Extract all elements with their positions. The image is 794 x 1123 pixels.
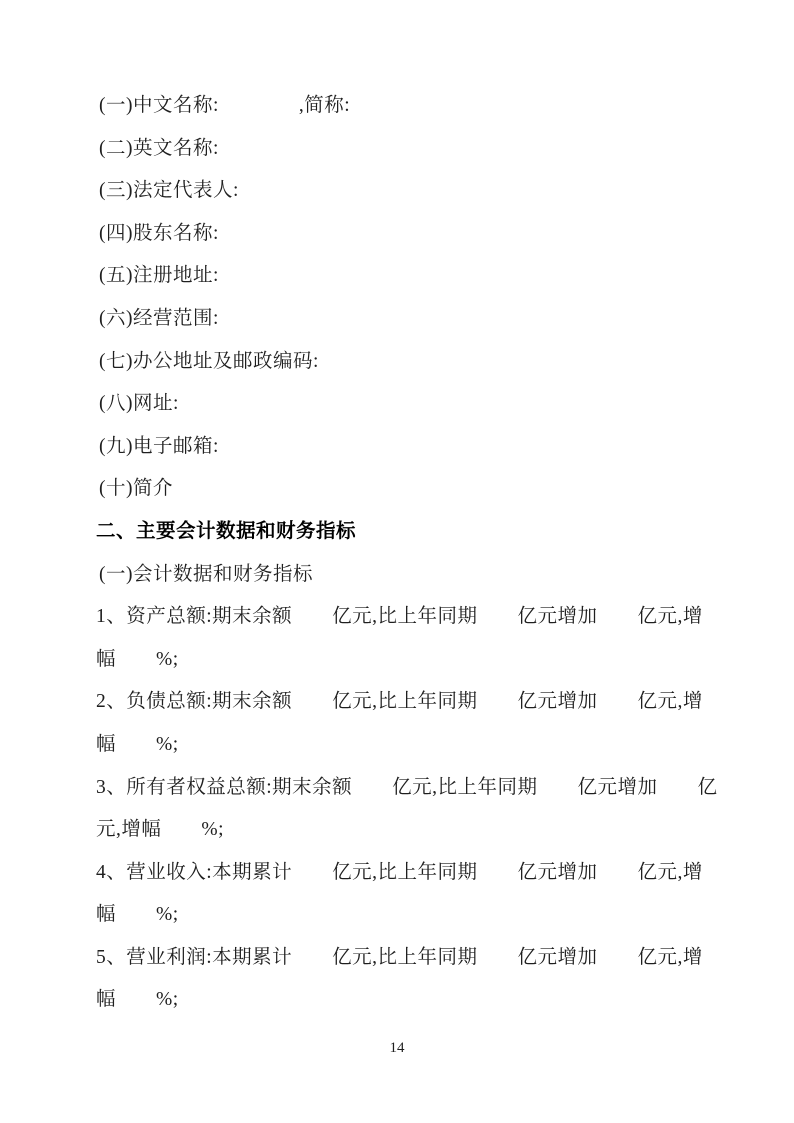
- financial-item-2: 2、负债总额:期末余额 亿元,比上年同期 亿元增加 亿元,增 幅 %;: [96, 681, 736, 766]
- subsection-heading: (一)会计数据和财务指标: [96, 554, 736, 597]
- basic-info-item-7: (七)办公地址及邮政编码:: [96, 341, 736, 384]
- basic-info-item-8: (八)网址:: [96, 383, 736, 426]
- paragraph-line: 幅 %;: [96, 639, 736, 682]
- paragraph-line: 幅 %;: [96, 724, 736, 767]
- section-heading: 二、主要会计数据和财务指标: [96, 511, 736, 554]
- paragraph-line: 幅 %;: [96, 979, 736, 1022]
- page-number: 14: [0, 1036, 794, 1060]
- paragraph-line: 1、资产总额:期末余额 亿元,比上年同期 亿元增加 亿元,增: [96, 596, 736, 639]
- basic-info-item-4: (四)股东名称:: [96, 213, 736, 256]
- financial-item-3: 3、所有者权益总额:期末余额 亿元,比上年同期 亿元增加 亿 元,增幅 %;: [96, 767, 736, 852]
- basic-info-item-10: (十)简介: [96, 468, 736, 511]
- basic-info-item-3: (三)法定代表人:: [96, 170, 736, 213]
- paragraph-line: 4、营业收入:本期累计 亿元,比上年同期 亿元增加 亿元,增: [96, 852, 736, 895]
- financial-item-5: 5、营业利润:本期累计 亿元,比上年同期 亿元增加 亿元,增 幅 %;: [96, 937, 736, 1022]
- paragraph-line: 5、营业利润:本期累计 亿元,比上年同期 亿元增加 亿元,增: [96, 937, 736, 980]
- financial-item-4: 4、营业收入:本期累计 亿元,比上年同期 亿元增加 亿元,增 幅 %;: [96, 852, 736, 937]
- basic-info-item-9: (九)电子邮箱:: [96, 426, 736, 469]
- paragraph-line: 3、所有者权益总额:期末余额 亿元,比上年同期 亿元增加 亿: [96, 767, 736, 810]
- basic-info-item-2: (二)英文名称:: [96, 128, 736, 171]
- basic-info-item-1: (一)中文名称: ,简称:: [96, 85, 736, 128]
- document-page: (一)中文名称: ,简称: (二)英文名称: (三)法定代表人: (四)股东名称…: [0, 0, 794, 1123]
- basic-info-item-6: (六)经营范围:: [96, 298, 736, 341]
- document-content: (一)中文名称: ,简称: (二)英文名称: (三)法定代表人: (四)股东名称…: [96, 85, 736, 1022]
- paragraph-line: 元,增幅 %;: [96, 809, 736, 852]
- paragraph-line: 幅 %;: [96, 894, 736, 937]
- basic-info-item-5: (五)注册地址:: [96, 255, 736, 298]
- financial-item-1: 1、资产总额:期末余额 亿元,比上年同期 亿元增加 亿元,增 幅 %;: [96, 596, 736, 681]
- paragraph-line: 2、负债总额:期末余额 亿元,比上年同期 亿元增加 亿元,增: [96, 681, 736, 724]
